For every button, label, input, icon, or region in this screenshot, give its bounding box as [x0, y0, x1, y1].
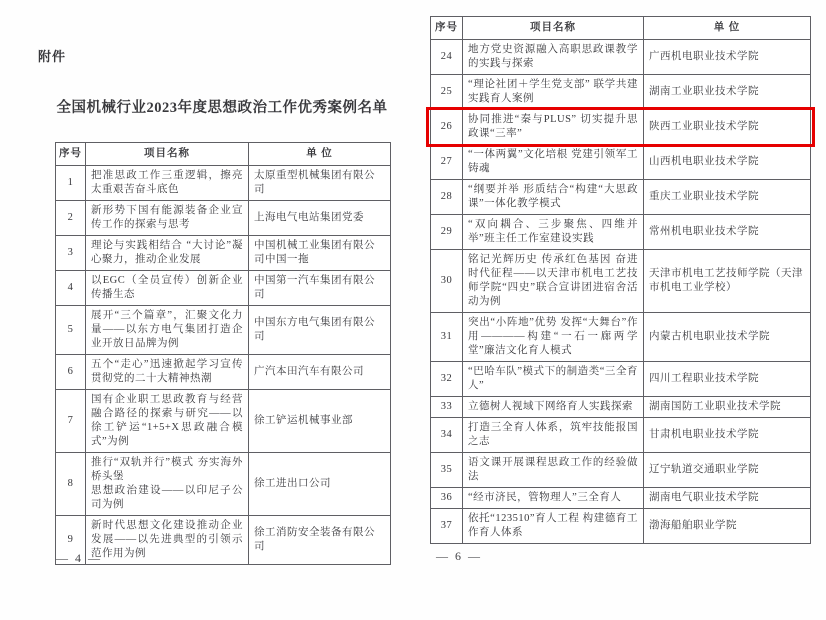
- row-number-cell: 28: [431, 180, 463, 215]
- project-name-cell: 协同推进“秦与PLUS” 切实提升思政课“三率”: [463, 110, 644, 145]
- row-number-cell: 36: [431, 488, 463, 509]
- unit-cell: 重庆工业职业技术学院: [644, 180, 811, 215]
- table-row: 5展开“三个篇章”，汇聚文化力量——以东方电气集团打造企业开放日品牌为例中国东方…: [56, 306, 391, 355]
- row-number-cell: 32: [431, 362, 463, 397]
- row-number-cell: 26: [431, 110, 463, 145]
- table-header-row: 序号项目名称单 位: [56, 143, 391, 166]
- row-number-cell: 29: [431, 215, 463, 250]
- table-row: 4以EGC（全员宣传）创新企业传播生态中国第一汽车集团有限公司: [56, 271, 391, 306]
- unit-cell: 常州机电职业技术学院: [644, 215, 811, 250]
- project-name-cell: “一体两翼”文化培根 党建引领军工铸魂: [463, 145, 644, 180]
- project-name-cell: 新形势下国有能源装备企业宣传工作的探索与思考: [86, 201, 249, 236]
- row-number-cell: 8: [56, 453, 86, 516]
- project-name-cell: 把准思政工作三重逻辑，擦亮太重艰苦奋斗底色: [86, 166, 249, 201]
- page-number-left: — 4 —: [56, 551, 102, 566]
- table-row: 37依托“123510”育人工程 构建德育工作育人体系渤海船舶职业学院: [431, 509, 811, 544]
- row-number-cell: 2: [56, 201, 86, 236]
- unit-cell: 山西机电职业技术学院: [644, 145, 811, 180]
- table-header-row: 序号项目名称单 位: [431, 17, 811, 40]
- unit-cell: 内蒙古机电职业技术学院: [644, 313, 811, 362]
- table-row: 33立德树人视域下网络育人实践探索湖南国防工业职业技术学院: [431, 397, 811, 418]
- row-number-cell: 5: [56, 306, 86, 355]
- column-header: 序号: [56, 143, 86, 166]
- document-canvas: 附件 全国机械行业2023年度思想政治工作优秀案例名单 序号项目名称单 位1把准…: [0, 0, 826, 620]
- row-number-cell: 33: [431, 397, 463, 418]
- unit-cell: 天津市机电工艺技师学院（天津市机电工业学校）: [644, 250, 811, 313]
- row-number-cell: 4: [56, 271, 86, 306]
- table-row: 3理论与实践相结合 “大讨论”凝心聚力，推动企业发展中国机械工业集团有限公司中国…: [56, 236, 391, 271]
- attachment-label: 附件: [38, 46, 66, 65]
- project-name-cell: “纲要并举 形质结合“构建“大思政课”一体化教学模式: [463, 180, 644, 215]
- project-name-cell: 打造三全育人体系，筑牢技能报国之志: [463, 418, 644, 453]
- row-number-cell: 3: [56, 236, 86, 271]
- unit-cell: 四川工程职业技术学院: [644, 362, 811, 397]
- row-number-cell: 37: [431, 509, 463, 544]
- project-name-cell: 国有企业职工思政教育与经营融合路径的探索与研究——以徐工铲运“1+5+X思政融合…: [86, 390, 249, 453]
- row-number-cell: 24: [431, 40, 463, 75]
- unit-cell: 徐工铲运机械事业部: [249, 390, 391, 453]
- column-header: 项目名称: [86, 143, 249, 166]
- unit-cell: 中国东方电气集团有限公司: [249, 306, 391, 355]
- table-row: 1把准思政工作三重逻辑，擦亮太重艰苦奋斗底色太原重型机械集团有限公司: [56, 166, 391, 201]
- left-page-table: 序号项目名称单 位1把准思政工作三重逻辑，擦亮太重艰苦奋斗底色太原重型机械集团有…: [55, 142, 391, 565]
- table-row-highlighted: 26协同推进“秦与PLUS” 切实提升思政课“三率”陕西工业职业技术学院: [431, 110, 811, 145]
- table-row: 29“双向耦合、三步聚焦、四维并举”班主任工作室建设实践常州机电职业技术学院: [431, 215, 811, 250]
- table-row: 32“巴哈车队”模式下的制造类“三全育人”四川工程职业技术学院: [431, 362, 811, 397]
- unit-cell: 中国机械工业集团有限公司中国一拖: [249, 236, 391, 271]
- unit-cell: 太原重型机械集团有限公司: [249, 166, 391, 201]
- unit-cell: 甘肃机电职业技术学院: [644, 418, 811, 453]
- table-row: 36“经市济民，管物理人”三全育人湖南电气职业技术学院: [431, 488, 811, 509]
- project-name-cell: 展开“三个篇章”，汇聚文化力量——以东方电气集团打造企业开放日品牌为例: [86, 306, 249, 355]
- row-number-cell: 25: [431, 75, 463, 110]
- table-row: 9新时代思想文化建设推动企业发展——以先进典型的引领示范作用为例徐工消防安全装备…: [56, 516, 391, 565]
- column-header: 序号: [431, 17, 463, 40]
- table-row: 24地方党史资源融入高职思政课教学的实践与探索广西机电职业技术学院: [431, 40, 811, 75]
- project-name-cell: “巴哈车队”模式下的制造类“三全育人”: [463, 362, 644, 397]
- table-row: 7国有企业职工思政教育与经营融合路径的探索与研究——以徐工铲运“1+5+X思政融…: [56, 390, 391, 453]
- row-number-cell: 6: [56, 355, 86, 390]
- unit-cell: 广汽本田汽车有限公司: [249, 355, 391, 390]
- table-row: 8推行“双轨并行”模式 夯实海外桥头堡 思想政治建设——以印尼子公司为例徐工进出…: [56, 453, 391, 516]
- unit-cell: 湖南工业职业技术学院: [644, 75, 811, 110]
- project-name-cell: 突出“小阵地”优势 发挥“大舞台”作用————构建“一石一廊两学堂”廉洁文化育人…: [463, 313, 644, 362]
- project-name-cell: 五个“走心”迅速掀起学习宣传贯彻党的二十大精神热潮: [86, 355, 249, 390]
- table-row: 25“理论社团＋学生党支部” 联学共建实践育人案例湖南工业职业技术学院: [431, 75, 811, 110]
- row-number-cell: 31: [431, 313, 463, 362]
- unit-cell: 中国第一汽车集团有限公司: [249, 271, 391, 306]
- row-number-cell: 27: [431, 145, 463, 180]
- unit-cell: 湖南国防工业职业技术学院: [644, 397, 811, 418]
- unit-cell: 广西机电职业技术学院: [644, 40, 811, 75]
- row-number-cell: 35: [431, 453, 463, 488]
- project-name-cell: 推行“双轨并行”模式 夯实海外桥头堡 思想政治建设——以印尼子公司为例: [86, 453, 249, 516]
- project-name-cell: 依托“123510”育人工程 构建德育工作育人体系: [463, 509, 644, 544]
- page-number-right: — 6 —: [436, 549, 482, 564]
- unit-cell: 徐工消防安全装备有限公司: [249, 516, 391, 565]
- row-number-cell: 34: [431, 418, 463, 453]
- table-row: 6五个“走心”迅速掀起学习宣传贯彻党的二十大精神热潮广汽本田汽车有限公司: [56, 355, 391, 390]
- project-name-cell: 地方党史资源融入高职思政课教学的实践与探索: [463, 40, 644, 75]
- unit-cell: 辽宁轨道交通职业学院: [644, 453, 811, 488]
- row-number-cell: 7: [56, 390, 86, 453]
- project-name-cell: 新时代思想文化建设推动企业发展——以先进典型的引领示范作用为例: [86, 516, 249, 565]
- unit-cell: 上海电气电站集团党委: [249, 201, 391, 236]
- column-header: 单 位: [644, 17, 811, 40]
- column-header: 项目名称: [463, 17, 644, 40]
- table-row: 28“纲要并举 形质结合“构建“大思政课”一体化教学模式重庆工业职业技术学院: [431, 180, 811, 215]
- table-row: 34打造三全育人体系，筑牢技能报国之志甘肃机电职业技术学院: [431, 418, 811, 453]
- unit-cell: 陕西工业职业技术学院: [644, 110, 811, 145]
- project-name-cell: “双向耦合、三步聚焦、四维并举”班主任工作室建设实践: [463, 215, 644, 250]
- row-number-cell: 1: [56, 166, 86, 201]
- table-row: 30铭记光辉历史 传承红色基因 奋进时代征程——以天津市机电工艺技师学院“四史”…: [431, 250, 811, 313]
- table-row: 27“一体两翼”文化培根 党建引领军工铸魂山西机电职业技术学院: [431, 145, 811, 180]
- row-number-cell: 30: [431, 250, 463, 313]
- table-row: 31突出“小阵地”优势 发挥“大舞台”作用————构建“一石一廊两学堂”廉洁文化…: [431, 313, 811, 362]
- table-row: 35语文课开展课程思政工作的经验做法辽宁轨道交通职业学院: [431, 453, 811, 488]
- project-name-cell: 语文课开展课程思政工作的经验做法: [463, 453, 644, 488]
- project-name-cell: 立德树人视域下网络育人实践探索: [463, 397, 644, 418]
- unit-cell: 徐工进出口公司: [249, 453, 391, 516]
- project-name-cell: “经市济民，管物理人”三全育人: [463, 488, 644, 509]
- project-name-cell: 以EGC（全员宣传）创新企业传播生态: [86, 271, 249, 306]
- project-name-cell: 理论与实践相结合 “大讨论”凝心聚力，推动企业发展: [86, 236, 249, 271]
- project-name-cell: 铭记光辉历史 传承红色基因 奋进时代征程——以天津市机电工艺技师学院“四史”联合…: [463, 250, 644, 313]
- document-title: 全国机械行业2023年度思想政治工作优秀案例名单: [48, 96, 396, 117]
- unit-cell: 湖南电气职业技术学院: [644, 488, 811, 509]
- unit-cell: 渤海船舶职业学院: [644, 509, 811, 544]
- table-row: 2新形势下国有能源装备企业宣传工作的探索与思考上海电气电站集团党委: [56, 201, 391, 236]
- right-page-table: 序号项目名称单 位24地方党史资源融入高职思政课教学的实践与探索广西机电职业技术…: [430, 16, 811, 544]
- project-name-cell: “理论社团＋学生党支部” 联学共建实践育人案例: [463, 75, 644, 110]
- column-header: 单 位: [249, 143, 391, 166]
